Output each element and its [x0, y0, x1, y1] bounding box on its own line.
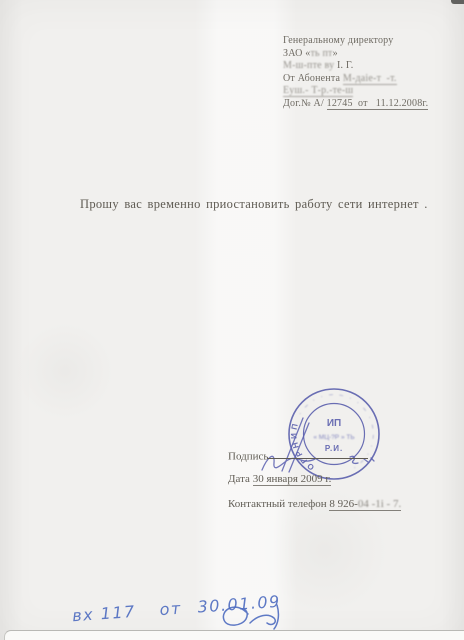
phone-row: Контактный телефон 8 926-04 -1і - 7. [228, 498, 401, 510]
stamp-name-redacted: « МЦ-?Р » ТЬ [313, 434, 354, 441]
addressee-line-company: ЗАО «ть пт» [283, 48, 453, 61]
sender-line-2: Еуш.- Т-р.-те-ш [283, 85, 453, 98]
scanned-letter-page: Генеральному директору ЗАО «ть пт» М-ш-п… [0, 0, 464, 640]
date-label: Дата [228, 473, 253, 485]
handwritten-registration-note: вх 117от30.01.09 [72, 592, 282, 626]
scan-page-bottom-edge [4, 630, 464, 640]
note-from-word: от [159, 599, 182, 619]
redacted-company-name: ть пт [310, 48, 332, 59]
addressee-line-person: М-ш-пте ву І. Г. [283, 60, 453, 73]
redacted-sender-address: Еуш.- Т-р.-те-ш [283, 85, 353, 97]
redacted-person-name: М-ш-пте ву [283, 60, 334, 71]
sender-line: От Абонента М-даіе-т -т. [283, 73, 453, 86]
signature-label: Подпись [228, 450, 268, 462]
stamp-org-type: ИП [327, 418, 341, 429]
stamp-ring-text: ОГРНИП [289, 420, 316, 472]
svg-text:ОГРНИП: ОГРНИП [289, 420, 316, 472]
date-value: 30 января 2009 г. [253, 473, 332, 486]
redacted-sender-name: М-даіе-т -т. [343, 73, 397, 85]
signature-line [268, 449, 368, 459]
date-row: Дата 30 января 2009 г. [228, 473, 331, 485]
round-stamp-seal: ОГРНИП · – · · – – · · – · – – · · – · И… [286, 386, 382, 482]
note-incoming-number: вх 117 [72, 602, 137, 625]
request-text: Прошу вас временно приостановить работу … [80, 197, 428, 212]
signature-row: Подпись [228, 449, 368, 462]
contract-line: Дог.№ А/ 12745 от 11.12.2008г. [283, 98, 453, 111]
addressee-line-director: Генеральному директору [283, 35, 453, 48]
addressee-block: Генеральному директору ЗАО «ть пт» М-ш-п… [283, 35, 453, 111]
scan-corner-artifact [451, 0, 464, 4]
contract-number: 12745 от 11.12.2008г. [327, 98, 429, 110]
phone-redacted: 04 -1і - 7. [358, 498, 401, 510]
phone-label: Контактный телефон [228, 498, 329, 510]
note-date: 30.01.09 [197, 592, 281, 617]
phone-visible: 8 926- [329, 498, 357, 510]
